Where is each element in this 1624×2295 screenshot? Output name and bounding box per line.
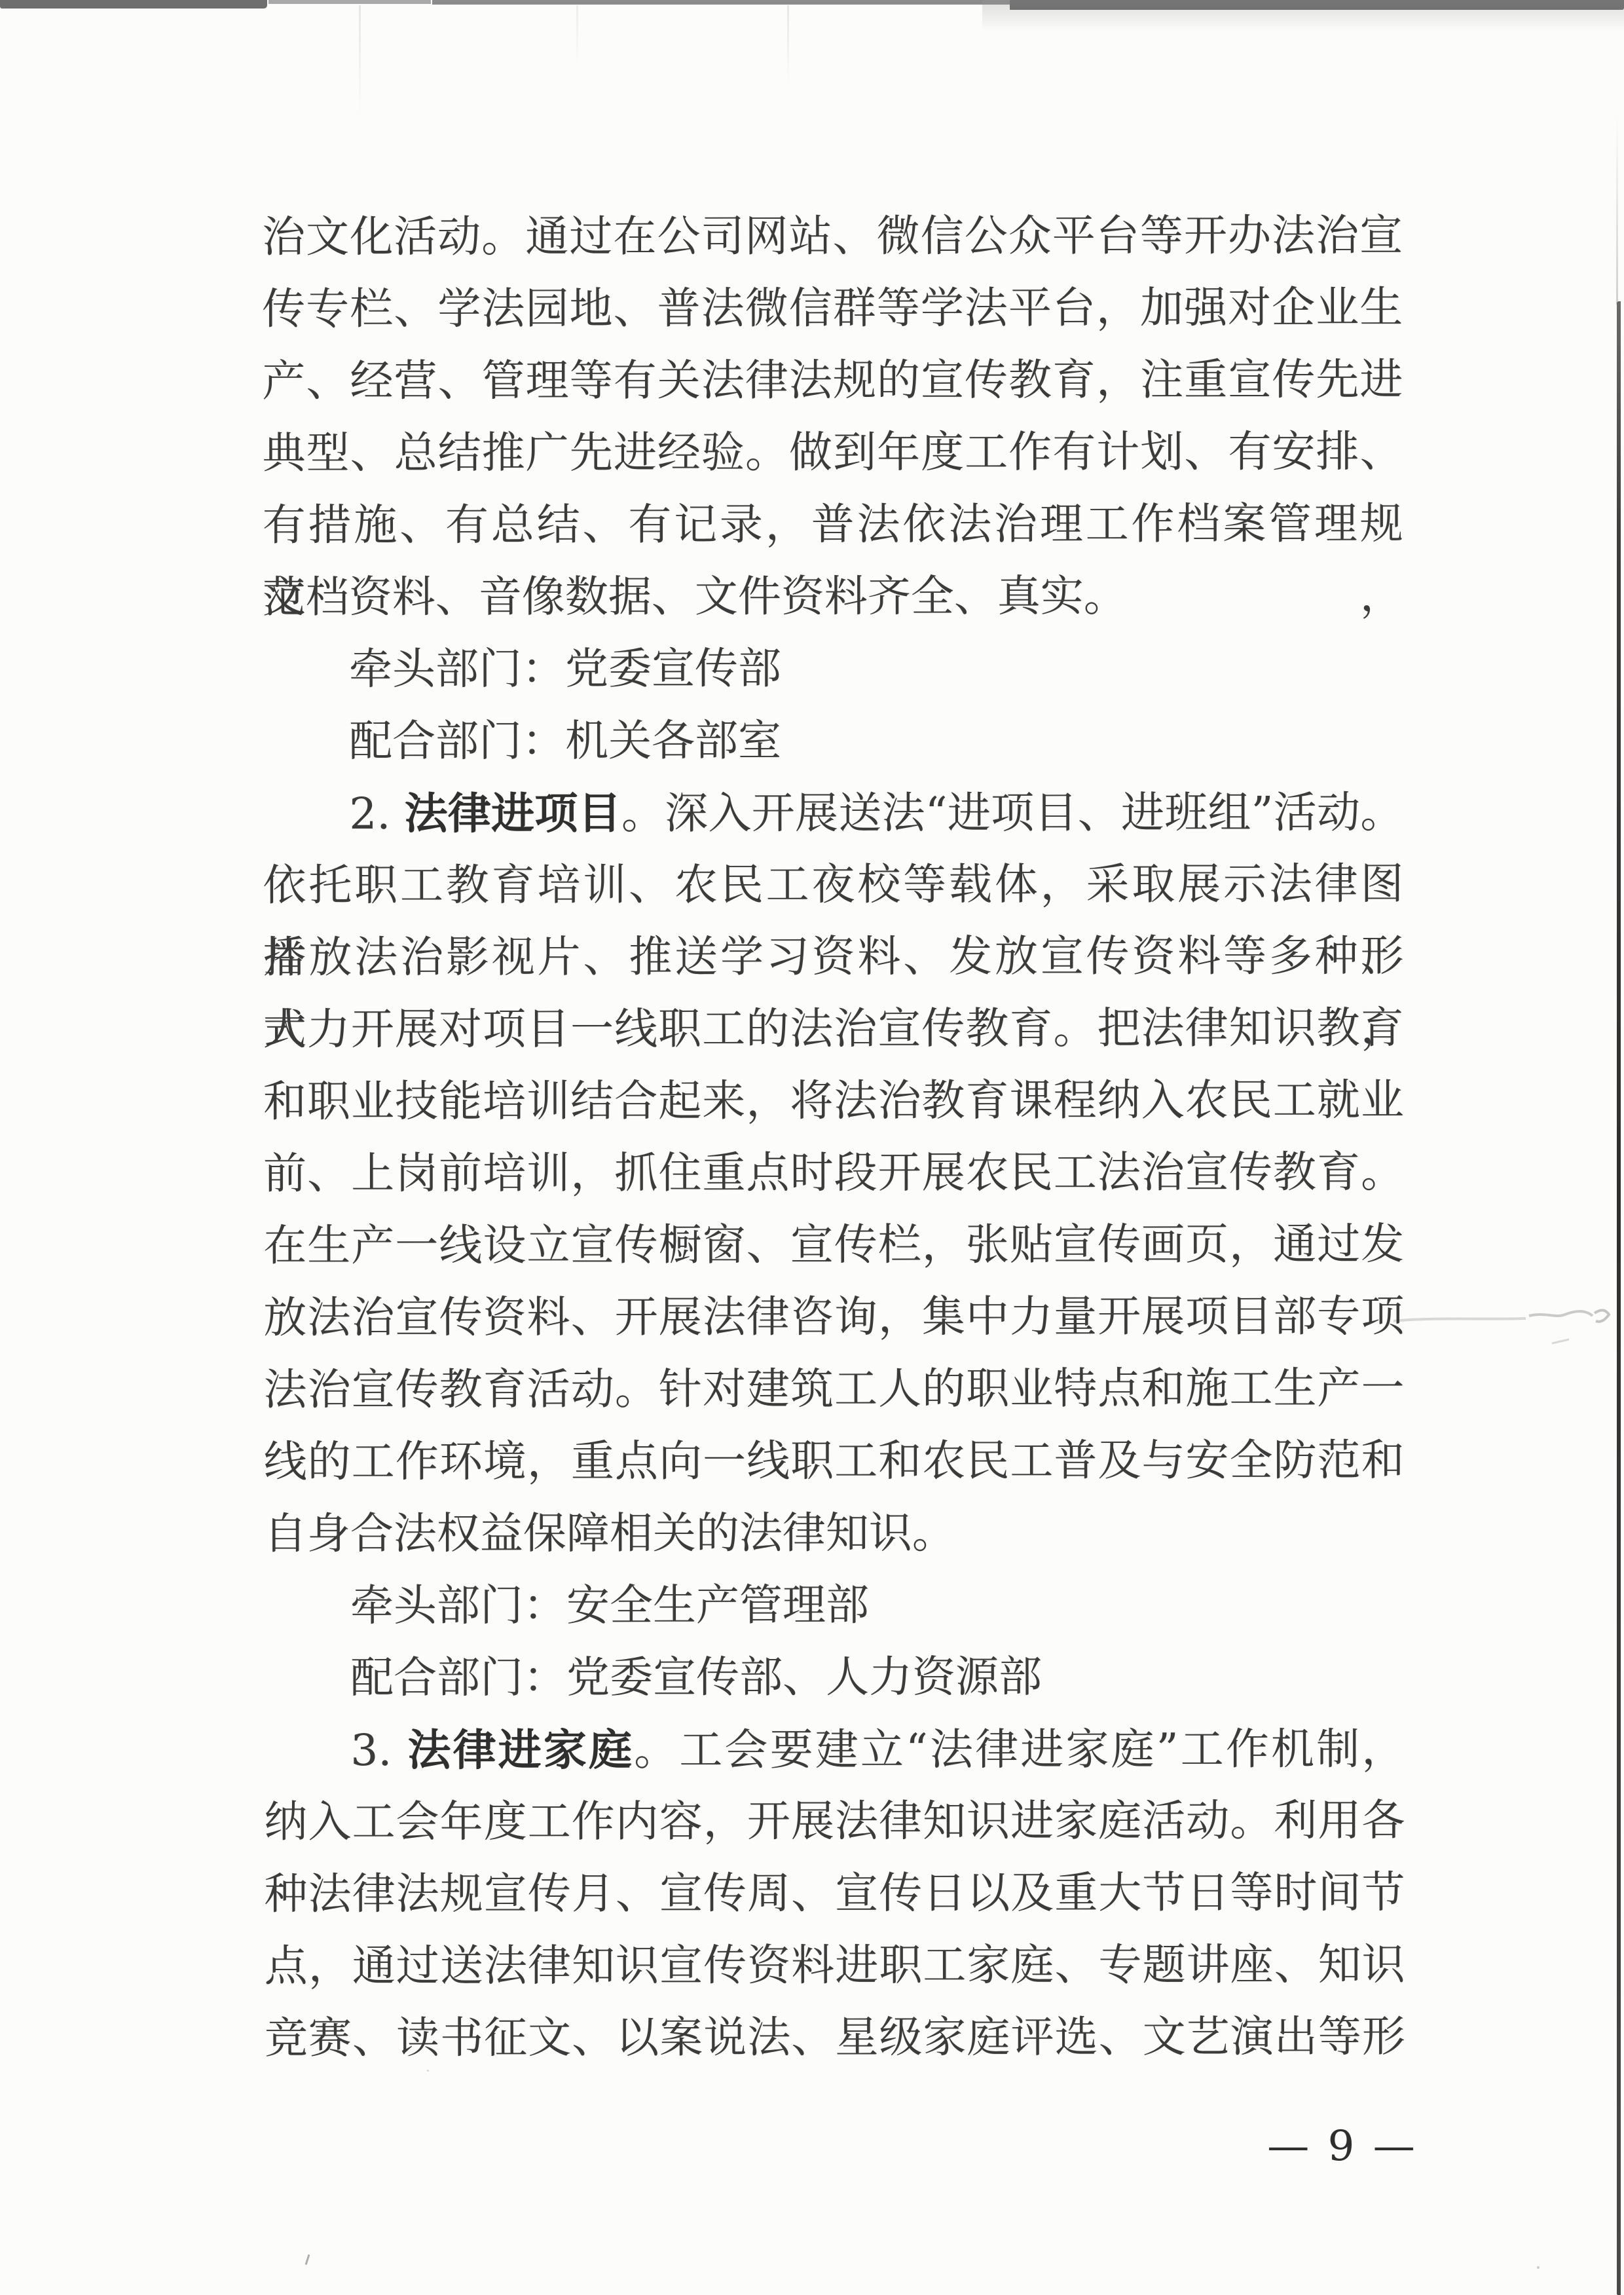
text-run: 。深入开展送法“进项目、进班组”活动。 [621,787,1404,839]
text-line: 法治宣传教育活动。针对建筑工人的职业特点和施工生产一 [263,1353,1404,1426]
page-number: — 9 — [1244,2123,1441,2169]
text-line: 播放法治影视片、推送学习资料、发放宣传资料等多种形式， [263,920,1404,994]
text-line: 典型、总结推广先进经验。做到年度工作有计划、有安排、 [262,416,1403,489]
scan-artifact-top-edge [268,0,431,4]
text-line: 配合部门：党委宣传部、人力资源部 [264,1641,1405,1714]
text-run: 牵头部门：安全生产管理部 [350,1580,869,1631]
text-run: 传专栏、学法园地、普法微信群等学法平台，加强对企业生 [262,282,1403,334]
text-line: 种法律法规宣传月、宣传周、宣传日以及重大节日等时间节 [265,1857,1405,1930]
text-line: 传专栏、学法园地、普法微信群等学法平台，加强对企业生 [262,272,1403,345]
scan-speck [305,2254,310,2265]
text-line: 2. 法律进项目。深入开展送法“进项目、进班组”活动。 [263,776,1403,849]
text-line: 配合部门：机关各部室 [263,704,1403,777]
text-run: 放法治宣传资料、开展法律咨询，集中力量开展项目部专项 [263,1291,1404,1343]
text-run: 线的工作环境，重点向一线职工和农民工普及与安全防范和 [264,1435,1405,1487]
text-run: 治文化活动。通过在公司网站、微信公众平台等开办法治宣 [262,210,1403,262]
text-run: 自身合法权益保障相关的法律知识。 [264,1508,955,1559]
pencil-smudge-mark [1388,1287,1624,1359]
text-run: 竞赛、读书征文、以案说法、星级家庭评选、文艺演出等形 [265,2011,1405,2063]
text-run: 大力开展对项目一线职工的法治宣传教育。把法律知识教育 [263,1003,1404,1054]
text-line: 产、经营、管理等有关法律法规的宣传教育，注重宣传先进 [262,344,1403,417]
text-run: 种法律法规宣传月、宣传周、宣传日以及重大节日等时间节 [265,1867,1405,1919]
scan-artifact-corner-shade [982,0,1624,31]
scan-artifact-right-edge [1616,115,1618,305]
text-line: 大力开展对项目一线职工的法治宣传教育。把法律知识教育 [263,992,1404,1066]
scanned-document-page: 治文化活动。通过在公司网站、微信公众平台等开办法治宣传专栏、学法园地、普法微信群… [0,0,1624,2295]
text-line: 治文化活动。通过在公司网站、微信公众平台等开办法治宣 [262,200,1403,273]
bold-heading-run: 法律进家庭 [407,1724,634,1775]
text-run: 法治宣传教育活动。针对建筑工人的职业特点和施工生产一 [263,1363,1404,1415]
scan-artifact-streak [787,5,789,84]
bold-heading-run: 法律进项目 [404,787,621,838]
text-run: 点，通过送法律知识宣传资料进职工家庭、专题讲座、知识 [265,1939,1405,1991]
text-run: 纳入工会年度工作内容，开展法律知识进家庭活动。利用各 [264,1795,1405,1847]
text-line: 自身合法权益保障相关的法律知识。 [264,1497,1405,1570]
text-line: 依托职工教育培训、农民工夜校等载体，采取展示法律图片、 [263,848,1403,922]
text-run: 配合部门：党委宣传部、人力资源部 [350,1652,1042,1703]
scan-artifact-top-edge [0,0,267,9]
text-run: 产、经营、管理等有关法律法规的宣传教育，注重宣传先进 [262,354,1403,406]
text-line: 前、上岗前培训，抓住重点时段开展农民工法治宣传教育。 [263,1136,1404,1210]
text-line: 牵头部门：安全生产管理部 [264,1569,1405,1642]
text-run: 配合部门：机关各部室 [349,715,781,766]
text-line: 牵头部门：党委宣传部 [263,632,1403,705]
scan-artifact-streak [359,5,361,117]
text-line: 纳入工会年度工作内容，开展法律知识进家庭活动。利用各 [264,1785,1405,1858]
text-line: 在生产一线设立宣传橱窗、宣传栏，张贴宣传画页，通过发 [263,1208,1404,1282]
text-line: 线的工作环境，重点向一线职工和农民工普及与安全防范和 [264,1425,1405,1498]
text-run: 。工会要建立“法律进家庭”工作机制， [634,1724,1405,1776]
text-line: 和职业技能培训结合起来，将法治教育课程纳入农民工就业 [263,1064,1404,1138]
text-line: 点，通过送法律知识宣传资料进职工家庭、专题讲座、知识 [265,1929,1405,2002]
scan-artifact-top-edge [432,0,1010,5]
text-run: 文档资料、音像数据、文件资料齐全、真实。 [263,570,1127,622]
document-body: 治文化活动。通过在公司网站、微信公众平台等开办法治宣传专栏、学法园地、普法微信群… [262,200,1405,2074]
text-run: 牵头部门：党委宣传部 [349,643,781,694]
text-line: 放法治宣传资料、开展法律咨询，集中力量开展项目部专项 [263,1280,1404,1354]
text-line: 有措施、有总结、有记录，普法依法治理工作档案管理规范， [263,488,1403,561]
scan-speck [1537,2266,1540,2269]
text-run: 典型、总结推广先进经验。做到年度工作有计划、有安排、 [262,426,1403,478]
text-line: 3. 法律进家庭。工会要建立“法律进家庭”工作机制， [264,1713,1405,1786]
text-run: 前、上岗前培训，抓住重点时段开展农民工法治宣传教育。 [263,1147,1404,1199]
scan-artifact-streak [576,5,578,64]
text-run: 2. [349,789,404,839]
text-run: 3. [350,1725,407,1776]
text-run: 在生产一线设立宣传橱窗、宣传栏，张贴宣传画页，通过发 [263,1219,1404,1271]
text-line: 竞赛、读书征文、以案说法、星级家庭评选、文艺演出等形 [265,2001,1405,2074]
text-run: 和职业技能培训结合起来，将法治教育课程纳入农民工就业 [263,1075,1404,1127]
